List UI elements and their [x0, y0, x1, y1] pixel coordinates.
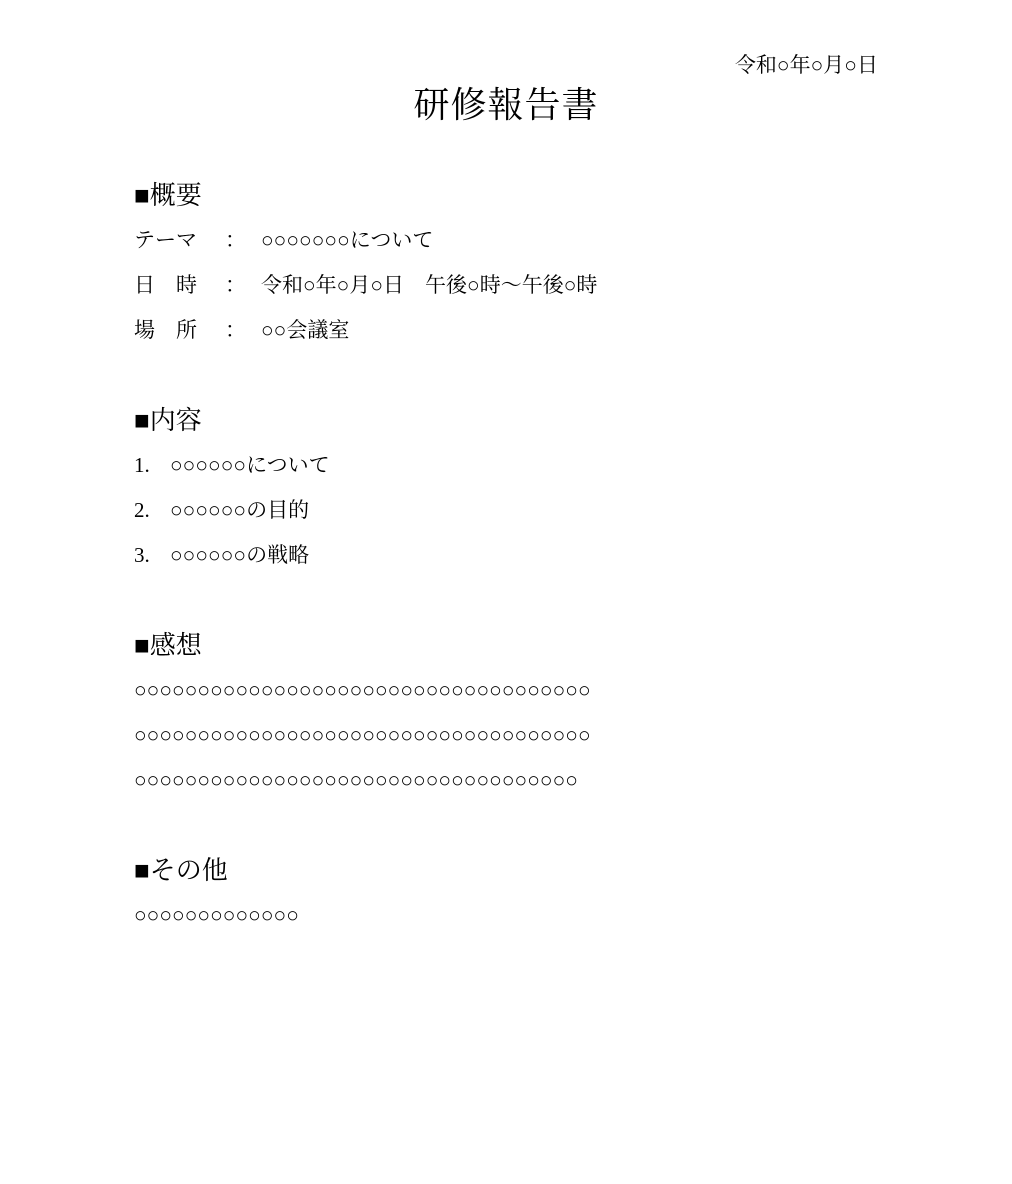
list-item: 3.○○○○○○の戦略: [134, 533, 878, 578]
list-item-text: ○○○○○○について: [170, 453, 330, 477]
placeholder-text-line: ○○○○○○○○○○○○○○○○○○○○○○○○○○○○○○○○○○○: [134, 758, 878, 803]
placeholder-text-line: ○○○○○○○○○○○○○: [134, 893, 878, 938]
field-value-theme: ○○○○○○○について: [261, 228, 433, 252]
page-title: 研修報告書: [134, 85, 878, 125]
document-date: 令和○年○月○日: [134, 53, 878, 78]
field-row-datetime: 日 時：令和○年○月○日 午後○時～午後○時: [134, 263, 878, 308]
document-page: 令和○年○月○日 研修報告書 ■概要 テーマ：○○○○○○○について 日 時：令…: [0, 0, 1012, 1184]
list-item: 1.○○○○○○について: [134, 443, 878, 488]
field-label-theme: テーマ: [134, 218, 198, 263]
section-content: ■内容 1.○○○○○○について 2.○○○○○○の目的 3.○○○○○○の戦略: [134, 398, 878, 578]
field-value-datetime: 令和○年○月○日 午後○時～午後○時: [261, 273, 597, 297]
section-heading-impressions: ■感想: [134, 623, 878, 668]
list-item-text: ○○○○○○の戦略: [170, 543, 309, 567]
section-impressions: ■感想 ○○○○○○○○○○○○○○○○○○○○○○○○○○○○○○○○○○○○…: [134, 623, 878, 803]
section-heading-content: ■内容: [134, 398, 878, 443]
list-item-number: 1.: [134, 443, 170, 488]
section-heading-other: ■その他: [134, 848, 878, 893]
field-label-place: 場 所: [134, 308, 198, 353]
field-row-theme: テーマ：○○○○○○○について: [134, 218, 878, 263]
field-value-place: ○○会議室: [261, 318, 349, 342]
field-row-place: 場 所：○○会議室: [134, 308, 878, 353]
section-other: ■その他 ○○○○○○○○○○○○○: [134, 848, 878, 938]
list-item-number: 3.: [134, 533, 170, 578]
field-label-datetime: 日 時: [134, 263, 198, 308]
section-heading-overview: ■概要: [134, 173, 878, 218]
list-item: 2.○○○○○○の目的: [134, 488, 878, 533]
placeholder-text-line: ○○○○○○○○○○○○○○○○○○○○○○○○○○○○○○○○○○○○: [134, 713, 878, 758]
field-colon: ：: [225, 308, 246, 353]
placeholder-text-line: ○○○○○○○○○○○○○○○○○○○○○○○○○○○○○○○○○○○○: [134, 668, 878, 713]
section-overview: ■概要 テーマ：○○○○○○○について 日 時：令和○年○月○日 午後○時～午後…: [134, 173, 878, 353]
list-item-text: ○○○○○○の目的: [170, 498, 309, 522]
list-item-number: 2.: [134, 488, 170, 533]
field-colon: ：: [225, 218, 246, 263]
field-colon: ：: [225, 263, 246, 308]
